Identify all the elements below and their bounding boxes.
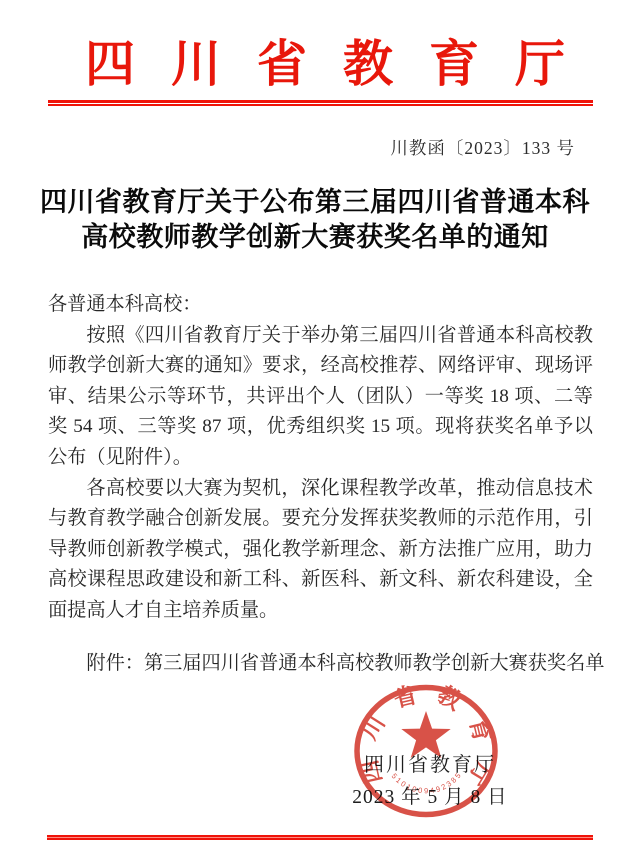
attachment-line: 附件：第三届四川省普通本科高校教师教学创新大赛获奖名单 — [48, 648, 593, 675]
letterhead-divider-rule — [48, 100, 593, 106]
seal-code: 5101009492385 — [390, 770, 464, 796]
notice-title-line2: 高校教师教学创新大赛获奖名单的通知 — [20, 220, 610, 255]
notice-body: 各普通本科高校： 按照《四川省教育厅关于举办第三届四川省普通本科高校教师教学创新… — [48, 290, 593, 627]
salutation: 各普通本科高校： — [48, 290, 593, 321]
body-paragraph-1: 按照《四川省教育厅关于举办第三届四川省普通本科高校教师教学创新大赛的通知》要求，… — [48, 321, 593, 474]
notice-title-line1: 四川省教育厅关于公布第三届四川省普通本科 — [20, 185, 610, 220]
letterhead-agency-name: 四川省教育厅 — [0, 24, 630, 96]
document-number: 川教函〔2023〕133 号 — [390, 135, 575, 160]
official-seal: 四川省教育厅 5101009492385 — [352, 683, 500, 819]
seal-star-icon — [401, 711, 450, 758]
document-page: 四川省教育厅 川教函〔2023〕133 号 四川省教育厅关于公布第三届四川省普通… — [0, 0, 630, 868]
notice-title: 四川省教育厅关于公布第三届四川省普通本科 高校教师教学创新大赛获奖名单的通知 — [20, 185, 610, 255]
body-paragraph-2: 各高校要以大赛为契机，深化课程教学改革，推动信息技术与教育教学融合创新发展。要充… — [48, 474, 593, 627]
footer-divider-rule — [47, 835, 593, 840]
